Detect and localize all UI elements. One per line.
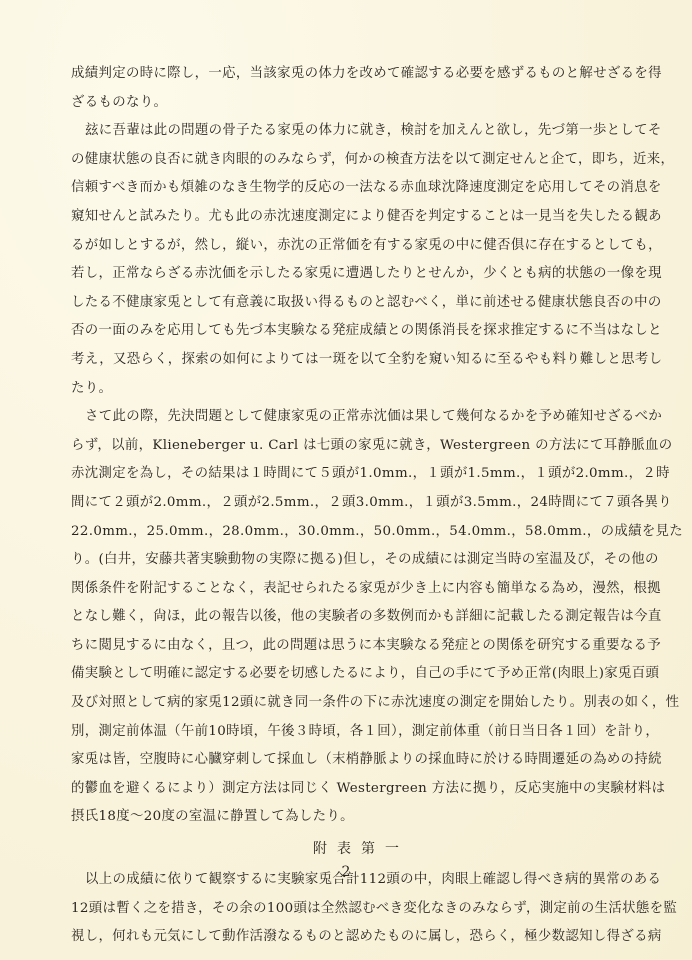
document-page: 成績判定の時に際し，一応，当該家兎の体力を改めて確認する必要を感ずるものと解せざ… bbox=[71, 60, 651, 952]
text-line: 的鬱血を避くるにより）測定方法は同じく Westergreen 方法に拠り，反応… bbox=[71, 775, 651, 804]
text-line: 若し，正常ならざる赤沈価を示したる家兎に遭遇したりとせんか，少くとも病的状態の一… bbox=[71, 260, 651, 289]
text-line: となし難く，尙ほ，此の報告以後，他の実験者の多数例而かも詳細に記載したる測定報告… bbox=[71, 603, 651, 632]
text-line: らず，以前，Klieneberger u. Carl は七頭の家兎に就き，Wes… bbox=[71, 432, 651, 461]
text-line: 備実験として明確に認定する必要を切感したるにより，自己の手にて予め正常(肉眼上)… bbox=[71, 660, 651, 689]
text-line: るが如しとするが，然し，縦い，赤沈の正常価を有する家兎の中に健否倶に存在するとし… bbox=[71, 232, 651, 261]
text-line: 12頭は暫く之を措き，その余の100頭は全然認むべき変化なきのみならず，測定前の… bbox=[71, 895, 651, 924]
text-line: 玆に吾輩は此の問題の骨子たる家兎の体力に就き，検討を加えんと欲し，先づ第一歩とし… bbox=[71, 117, 651, 146]
text-line: の健康状態の良否に就き肉眼的のみならず，何かの検査方法を以て測定せんと企て，即ち… bbox=[71, 146, 651, 175]
section-heading: 附表第一 bbox=[71, 834, 651, 864]
paragraph-3: さて此の際，先決問題として健康家兎の正常赤沈価は果して幾何なるかを予め確知せざる… bbox=[71, 403, 651, 832]
text-line: 間にて２頭が2.0mm.，２頭が2.5mm.，２頭3.0mm.，１頭が3.5mm… bbox=[71, 489, 651, 518]
text-line: 及び対照として病的家兎12頭に就き同一条件の下に赤沈速度の測定を開始したり。別表… bbox=[71, 689, 651, 718]
text-line: 信頼すべき而かも煩雑のなき生物学的反応の一法なる赤血球沈降速度測定を応用してその… bbox=[71, 174, 651, 203]
text-line: 家兎は皆，空腹時に心臓穿刺して採血し（末梢静脈よりの採血時に於ける時間遷延の為め… bbox=[71, 746, 651, 775]
text-line: 考え，又恐らく，探索の如何によりては一斑を以て全豹を窺い知るに至るやも料り難しと… bbox=[71, 346, 651, 375]
text-line: たり。 bbox=[71, 375, 651, 404]
text-line: 摂氏18度～20度の室温に静置して為したり。 bbox=[71, 803, 651, 832]
text-line: さて此の際，先決問題として健康家兎の正常赤沈価は果して幾何なるかを予め確知せざる… bbox=[71, 403, 651, 432]
text-line: 視し，何れも元気にして動作活潑なるものと認めたものに属し，恐らく，極少数認知し得… bbox=[71, 923, 651, 952]
text-line: したる不健康家兎として有意義に取扱い得るものと認むべく，単に前述せる健康状態良否… bbox=[71, 289, 651, 318]
text-line: 赤沈測定を為し，その結果は１時間にて５頭が1.0mm.，１頭が1.5mm.，１頭… bbox=[71, 460, 651, 489]
text-line: ちに閲見するに由なく，且つ，此の問題は思うに本実験なる発症との関係を研究する重要… bbox=[71, 632, 651, 661]
text-line: 窺知せんと試みたり。尤も此の赤沈速度測定により健否を判定することは一見当を失した… bbox=[71, 203, 651, 232]
paragraph-2: 玆に吾輩は此の問題の骨子たる家兎の体力に就き，検討を加えんと欲し，先づ第一歩とし… bbox=[71, 117, 651, 403]
paragraph-1: 成績判定の時に際し，一応，当該家兎の体力を改めて確認する必要を感ずるものと解せざ… bbox=[71, 60, 651, 117]
text-line: 成績判定の時に際し，一応，当該家兎の体力を改めて確認する必要を感ずるものと解せざ… bbox=[71, 60, 651, 89]
text-line: ざるものなり。 bbox=[71, 89, 651, 118]
text-line: 否の一面のみを応用しても先づ本実験なる発症成績との関係消長を探求推定するに不当は… bbox=[71, 317, 651, 346]
text-line: 別，測定前体温（午前10時頃，午後３時頃，各１回），測定前体重（前日当日各１回）… bbox=[71, 718, 651, 747]
text-line: 22.0mm.，25.0mm.，28.0mm.，30.0mm.，50.0mm.，… bbox=[71, 518, 651, 547]
text-line: 関係条件を附記することなく，表記せられたる家兎が少き上に内容も簡単なる為め，漫然… bbox=[71, 575, 651, 604]
text-line: り。(白井，安藤共著実験動物の実際に拠る)但し，その成績には測定当時の室温及び，… bbox=[71, 546, 651, 575]
page-number: 2 bbox=[0, 864, 692, 880]
